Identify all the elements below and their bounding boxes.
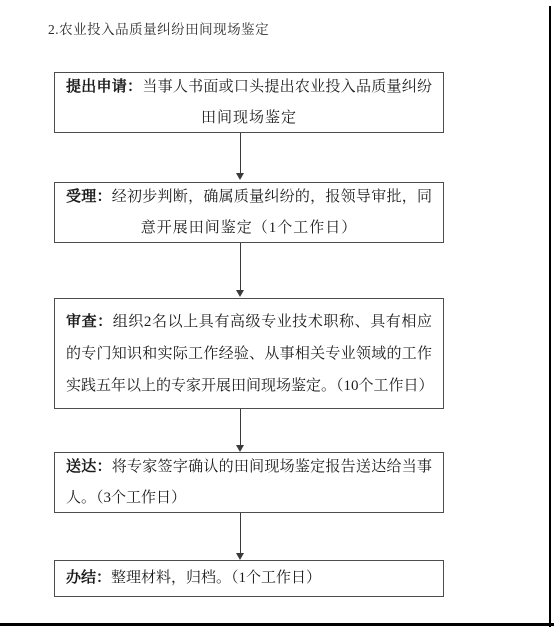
step-line: 受理：经初步判断，确属质量纠纷的，报领导审批，同 [66,182,432,213]
page-right-edge-line [549,6,551,627]
step-text: 将专家签字确认的田间现场鉴定报告送达给当事 [112,459,432,475]
flow-step-apply: 提出申请：当事人书面或口头提出农业投入品质量纠纷 田间现场鉴定 [54,72,444,133]
step-text: 整理材料，归档。（1个工作日） [111,570,321,586]
flow-step-complete: 办结：整理材料，归档。（1个工作日） [54,560,444,597]
step-label: 受理： [66,189,112,205]
step-line: 审查：组织2名以上具有高级专业技术职称、具有相应 [66,306,432,338]
page-title: 2.农业投入品质量纠纷田间现场鉴定 [48,18,269,38]
down-arrow-1 [240,133,241,173]
down-arrow-2 [240,243,241,290]
step-label: 审查： [66,314,113,330]
flow-step-accept: 受理：经初步判断，确属质量纠纷的，报领导审批，同 意开展田间鉴定（1个工作日） [54,182,444,243]
step-label: 提出申请： [66,79,142,95]
step-line: 送达：将专家签字确认的田间现场鉴定报告送达给当事 [66,452,432,483]
step-text: 意开展田间鉴定（1个工作日） [66,213,432,244]
step-text: 的专门知识和实际工作经验、从事相关专业领域的工作 [66,338,432,370]
step-text: 田间现场鉴定 [66,103,432,134]
step-text: 当事人书面或口头提出农业投入品质量纠纷 [142,79,432,95]
page-bottom-edge-line [0,623,554,626]
step-label: 送达： [66,459,112,475]
down-arrow-3 [240,409,241,445]
document-page: 2.农业投入品质量纠纷田间现场鉴定 提出申请：当事人书面或口头提出农业投入品质量… [0,0,554,627]
step-text: 实践五年以上的专家开展田间现场鉴定。（10个工作日） [66,370,432,402]
step-line: 办结：整理材料，归档。（1个工作日） [66,563,432,594]
flow-step-review: 审查：组织2名以上具有高级专业技术职称、具有相应 的专门知识和实际工作经验、从事… [54,298,444,409]
flow-step-deliver: 送达：将专家签字确认的田间现场鉴定报告送达给当事 人。（3个工作日） [54,452,444,513]
step-text: 经初步判断，确属质量纠纷的，报领导审批，同 [112,189,432,205]
step-text: 组织2名以上具有高级专业技术职称、具有相应 [113,314,432,330]
step-text: 人。（3个工作日） [66,483,432,514]
down-arrow-4 [240,513,241,553]
step-line: 提出申请：当事人书面或口头提出农业投入品质量纠纷 [66,72,432,103]
step-label: 办结： [66,570,111,586]
